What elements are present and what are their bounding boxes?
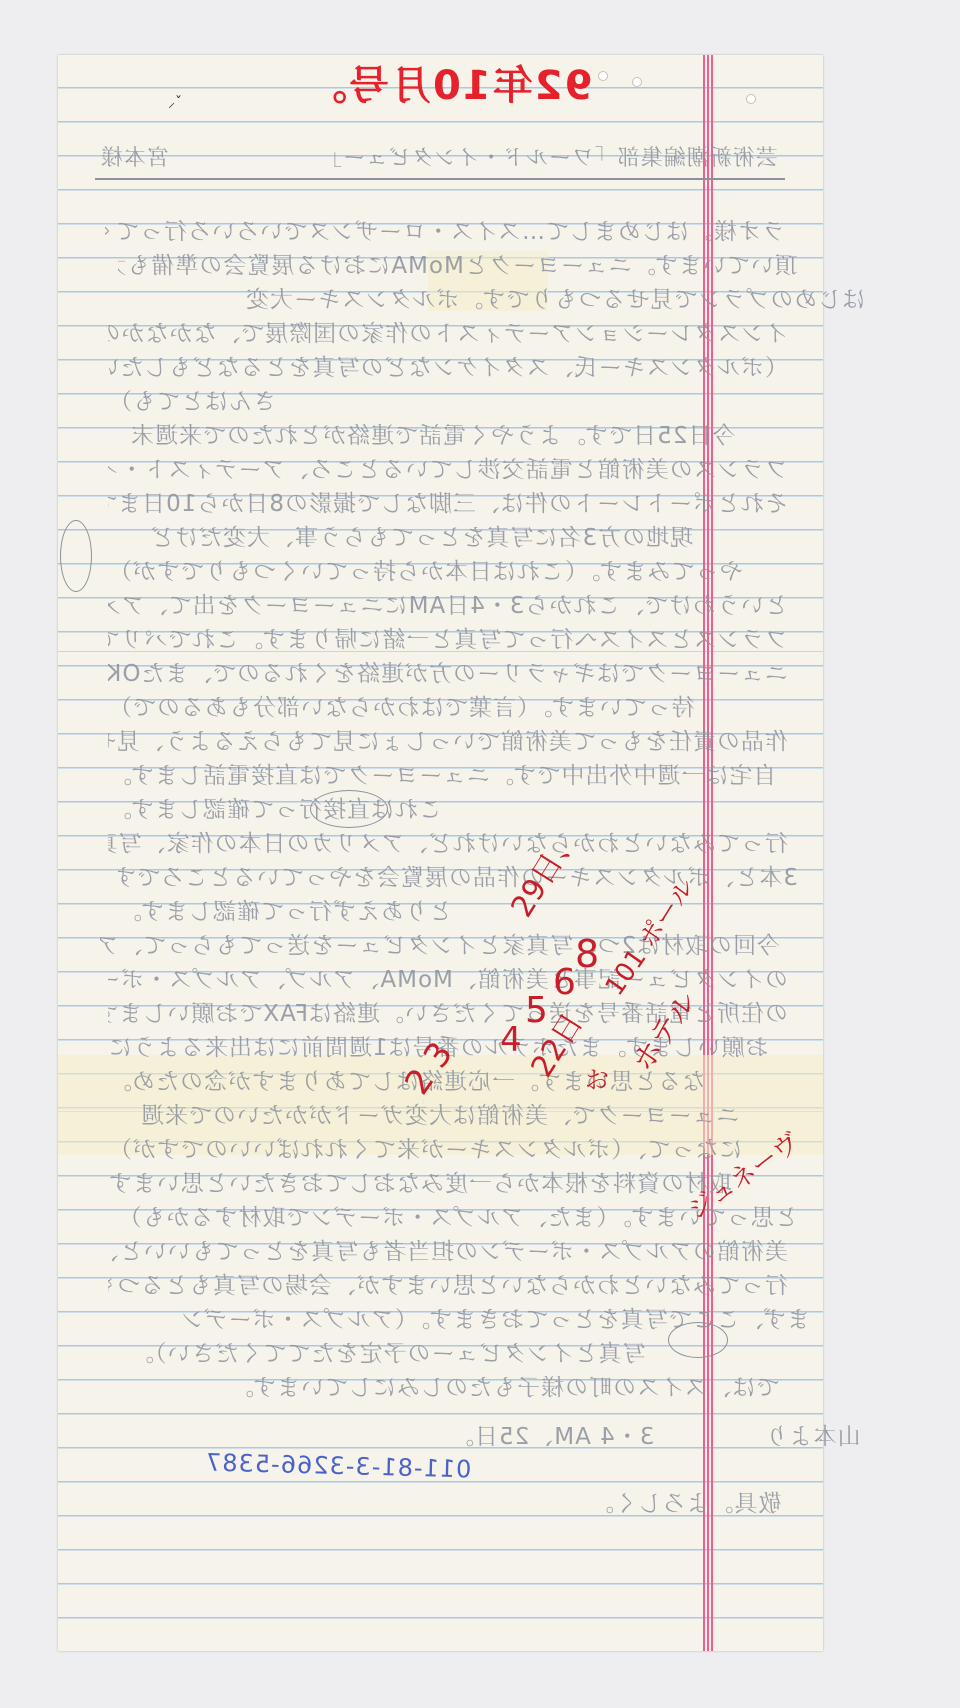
issue-date-title: 92年10月号。 <box>305 54 592 111</box>
letter-body-line: ラオ様。はじめまして…スイス・ローザンヌでいろいろ行ってくれて感謝 <box>105 215 785 249</box>
heading-underline <box>95 178 785 180</box>
red-annotation-note: お <box>585 1060 609 1095</box>
letter-heading: 芸術新潮編集部「ワールド・インタビュー」 宮本様 <box>100 142 778 176</box>
letter-body-line: これは直接行って確認します。 <box>108 793 442 827</box>
paper-hole <box>746 94 756 104</box>
letter-body-line: とりあえず行って確認します。 <box>118 895 452 929</box>
date-line: 3・4 AM、25日。 <box>450 1420 654 1454</box>
letter-body-line: になって、（ボルタンスキーが来てくれればいいのですが） <box>108 1133 742 1167</box>
letter-body-line: やってみます。（これは日本から持っていくつもりですが） <box>108 555 743 589</box>
letter-body-line: 写真とインタビューの予定をたててください）。 <box>130 1337 646 1371</box>
letter-body-line: 今日25日です。ようやく電話で連絡がとれたので来週末 <box>130 419 735 453</box>
letter-body-line: それとポートレートの件は、三脚なしで撮影の8日から10日まで、 <box>108 487 788 521</box>
paper-hole <box>598 71 608 81</box>
letter-body-line: はじめのプランで見せるつもりです。ボルタンスキー大変 <box>245 283 865 317</box>
circled-note <box>310 790 388 828</box>
letter-body-line: 行ってみないとわからないと思いますが、会場の写真もとるつもりです。 <box>108 1269 788 1303</box>
letter-body-line: ニューヨークで、美術館は大変ガードがかたいので来週 <box>140 1099 740 1133</box>
red-annotation-number: 8 <box>575 932 599 976</box>
red-annotation-number: 4 <box>500 1020 522 1060</box>
letter-body-line: 行ってみないとわからないけれど、アメリカの日本の作家、写真 <box>108 827 788 861</box>
paper-hole <box>632 77 642 87</box>
heading-publication: 芸術新潮編集部「ワールド・インタビュー」 <box>319 142 778 176</box>
bracket-mark <box>60 520 92 592</box>
letter-body-line: 取材の資料を根本から一度みなおしておきたいと思います <box>108 1167 732 1201</box>
letter-body-line: インスタレーションアーティストの作家の国際展で、なかなかの展覧会になりそう <box>108 317 788 351</box>
stray-mark: ⸝ˇ <box>168 93 182 112</box>
letter-body-line: 頂いています。ニューヨークとMoMAにおける展覧会の準備も大分できてきました <box>118 249 798 283</box>
red-annotation-number: 6 <box>553 962 576 1003</box>
heading-recipient: 宮本様 <box>100 142 169 176</box>
signoff-date: 山本より 3・4 AM、25日。 <box>450 1420 860 1454</box>
letter-body-line: 今回の取材は2つ、写真家とインタビューを送ってもらって、アーティスト <box>100 929 780 963</box>
circled-note <box>668 1322 728 1358</box>
letter-body-line: 現地の方3名に写真をとってもらう事、大変だけど <box>150 521 693 555</box>
letter-body-line: 待っています。（言葉ではわからない部分もあるので） <box>108 691 695 725</box>
closing-line: 敬具。よろしく。 <box>590 1487 782 1521</box>
letter-body-line: というわけで、これから3・4日AMにニューヨークを出て、アメリカの <box>108 589 788 623</box>
letter-body-line: フランスの美術館と電話交渉しているところ、アーティスト・インタビュー <box>108 453 788 487</box>
letter-body-line: さんはとても） <box>108 385 276 419</box>
letter-body-line: 作品の責任をもって美術館でいっしょに見てもらえるよう、見せてください <box>108 725 788 759</box>
letter-body-line: では、スイスの町の様子もたのしみにしています。 <box>230 1371 779 1405</box>
letter-body-line: （ボルタンスキー氏、スタイケンなどの写真をとるなどもしたいと思います。ボルタンス… <box>108 351 788 385</box>
letter-body-line: ニューヨークではギャラリーの方が連絡をくれるので、またOKか否か… <box>108 657 788 691</box>
letter-body-line: フランスとスイスへ行って写真と一緒に帰ります。これでパリで何日か過ごします。 <box>108 623 788 657</box>
letter-body-line: 美術館のアルプス・ボーデンの担当者も写真をとってもいいと、 <box>108 1235 788 1269</box>
signature: 山本より <box>764 1420 860 1454</box>
letter-body-line: 自宅は一週中外出中です。ニューヨークでは直接電話します。 <box>108 759 776 793</box>
